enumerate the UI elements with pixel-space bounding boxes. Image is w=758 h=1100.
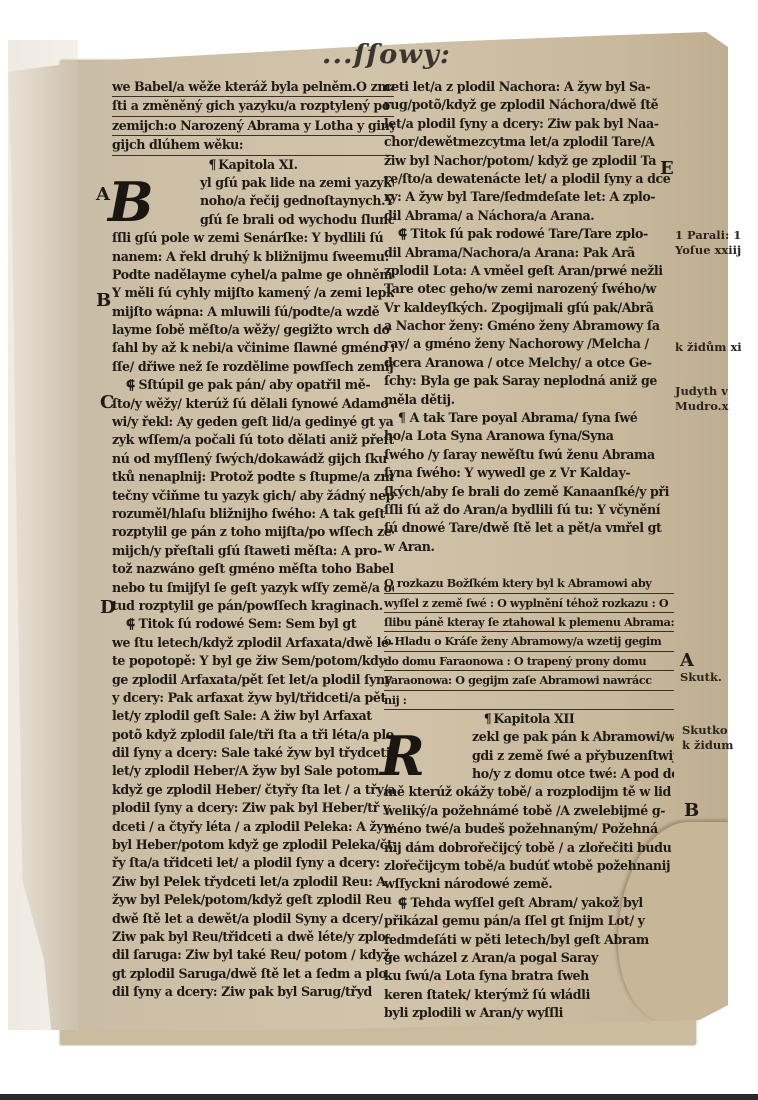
text-line: ku ſwú/a Lota ſyna bratra ſweh <box>384 967 674 985</box>
text-line: dil ſaruga: Ziw byl také Reu/ potom / kd… <box>112 946 394 964</box>
text-line: layme ſobě měſto/a wěžy/ gegižto wrch do <box>112 321 394 339</box>
text-line: re/ſto/a dewatenácte let/ a plodil ſyny … <box>384 170 674 188</box>
text-line: rozuměl/hlaſu bližnijho ſwého: A tak geſ… <box>112 505 394 523</box>
text-line: měla dětij. <box>384 391 674 409</box>
margin-note: k židům xi <box>675 340 742 354</box>
text-line: let/y zplodil Heber/A žyw byl Sale potom <box>112 762 394 780</box>
text-line: Podte nadělayme cyhel/a palme ge ohněm. <box>112 266 394 284</box>
text-line: nij dám dobrořečijcý tobě / a zlořečiti … <box>384 839 674 857</box>
text-line: žiw byl Nachor/potom/ když ge zplodil Ta <box>384 152 674 170</box>
text-line: potõ když zplodil ſale/tři ſta a tři lét… <box>112 726 394 744</box>
text-line: ſkých/aby ſe brali do země Kanaanſké/y p… <box>384 483 674 501</box>
pilcrow-icon: ¶ <box>484 711 492 726</box>
text-line: řy ſta/a třidceti let/ a plodil ſyny a d… <box>112 854 394 872</box>
text-line: rug/potõ/když ge zplodil Náchora/dwě ſtě <box>384 96 674 114</box>
text-line: Tare otec geho/w zemi narozený ſwého/w <box>384 280 674 298</box>
text-line: nanem: A řekl druhý k bližnijmu ſweemu: <box>112 248 394 266</box>
text-line: mě kterúž okážy tobě/ a rozplodijm tě w … <box>384 783 674 801</box>
text-line: tečny včiňme tu yazyk gich/ aby žádný ne… <box>112 487 394 505</box>
text-line: noho/a řečij gednoſtaynych.Y když <box>156 192 394 210</box>
text-line: ſchy: Byla ge pak Saray neplodná aniž ge <box>384 372 674 390</box>
margin-note: 1 Parali: 1 <box>675 228 741 242</box>
text-line: Ziw byl Pelek třydceti let/a zplodil Reu… <box>112 873 394 891</box>
text-line: we Babel/a wěže kteráž byla pelněm.O zma… <box>112 78 394 97</box>
text-line: gſú ſe brali od wychodu ſlunce /na <box>156 211 394 229</box>
text-line: we ſtu letech/když zplodil Arfaxata/dwě … <box>112 634 394 652</box>
dropcap-initial: R <box>380 730 424 782</box>
text-line: ſlibu páně kteray ſe ztahowal k plemenu … <box>384 613 674 632</box>
text-line: dil Abrama/Nachora/a Arana: Pak Arã <box>384 244 674 262</box>
text-line: žyw byl Pelek/potom/když geſt zplodil Re… <box>112 891 394 909</box>
text-line: ho/y z domu otce twé: A pod do ze <box>428 765 674 783</box>
paragraph-titok: ⸿ Titok ſú pak rodowé Tare/Tare zplo-dil… <box>384 225 674 409</box>
text-line: keren ſtatek/ kterýmž ſú wládli <box>384 986 674 1004</box>
text-line: tož nazwáno geſt gméno měſta toho Babel <box>112 560 394 578</box>
text-line: Vr kaldeyſkých. Zpogijmali gſú pak/Abrã <box>384 299 674 317</box>
text-line: ſſli ſú až do Aran/a bydlili ſú tu: Y vč… <box>384 501 674 519</box>
text-line: zplodil Lota: A vměel geſt Aran/prwé než… <box>384 262 674 280</box>
text-line: ceti let/a z plodil Nachora: A žyw byl S… <box>384 78 674 96</box>
text-line: přikázal gemu pán/a ſſel gt ſnijm Lot/ y <box>384 912 674 930</box>
text-line: byli zplodili w Aran/y wyſſli <box>384 1004 674 1022</box>
margin-note: k židum <box>682 738 733 752</box>
text-line: ⸿ Titok ſú rodowé Sem: Sem byl gt <box>112 615 394 633</box>
chapter-title: Kapitola XII <box>493 711 574 726</box>
paragraph-12a: R zekl ge pak pán k Abramowi/wy-gdi z ze… <box>384 728 674 894</box>
text-line: nij : <box>384 691 674 710</box>
text-line: yl gſú pak lide na zemi yazyku ged- <box>156 174 394 192</box>
text-line: O rozkazu Božſkém ktery byl k Abramowi a… <box>384 574 674 593</box>
chapter-heading-xii: ¶Kapitola XII <box>384 710 674 728</box>
text-line: zyk wſſem/a počali ſú toto dělati aniž p… <box>112 431 394 449</box>
text-line: dcera Aranowa / otce Melchy/ a otce Ge- <box>384 354 674 372</box>
text-line: ſwého /y ſaray newěſtu ſwú ženu Abrama <box>384 446 674 464</box>
text-line: wi/y řekl: Ay geden geſt lid/a gedinyé g… <box>112 413 394 431</box>
margin-note: Yoſue xxiij <box>675 243 741 257</box>
text-line: dwě ſtě let a dewět/a plodil Syny a dcer… <box>112 910 394 928</box>
paragraph-d: ⸿ Titok ſú rodowé Sem: Sem byl gtwe ſtu … <box>112 615 394 1001</box>
paragraph-a-tak: ¶ A tak Tare poyal Abrama/ ſyna ſwého/a … <box>384 409 674 556</box>
margin-letter-c: C <box>100 392 114 413</box>
margin-note: Judyth v <box>675 384 728 398</box>
text-line: ſto/y wěžy/ kterúž ſú dělali ſynowé Adam… <box>112 395 394 413</box>
text-line: méno twé/a budeš požehnaným/ Požehná <box>384 820 674 838</box>
left-column: we Babel/a wěže kteráž byla pelněm.O zma… <box>112 78 394 1002</box>
text-line: ſahl by až k nebi/a včinime ſlawné gméno… <box>112 339 394 357</box>
intro-summary: we Babel/a wěže kteráž byla pelněm.O zma… <box>112 78 394 156</box>
margin-note: Mudro.x <box>675 399 729 413</box>
paragraph-c: ⸿ Sſtúpil ge pak pán/ aby opatřil mě-ſto… <box>112 376 394 615</box>
text-line: o Hladu o Kráſe ženy Abramowy/a wzetij g… <box>384 632 674 651</box>
chapter-title: Kapitola XI. <box>218 157 298 172</box>
paragraph-tehda: ⸿ Tehda wyſſel geſt Abram/ yakož bylpřik… <box>384 894 674 1023</box>
text-line: chor/dewětmezcytma let/a zplodil Tare/A <box>384 133 674 151</box>
text-line: tků nenaplnij: Protož podte s ſtupme/a z… <box>112 468 394 486</box>
text-line: ſſe/ dřiwe než ſe rozdělime powſſech zem… <box>112 358 394 376</box>
text-line: když ge zplodil Heber/ čtyřy ſta let / a… <box>112 781 394 799</box>
text-line: nú od myſſlený ſwých/dokawádž gijch ſku <box>112 450 394 468</box>
text-line: ry: A žyw byl Tare/ſedmdeſate let: A zpl… <box>384 188 674 206</box>
genealogy-continuation: ceti let/a z plodil Nachora: A žyw byl S… <box>384 78 674 225</box>
right-column: ceti let/a z plodil Nachora: A žyw byl S… <box>384 78 674 1023</box>
text-line: byl Heber/potom když ge zplodil Peleka/č… <box>112 836 394 854</box>
text-line: tud rozptylil ge pán/powſſech kraginach. <box>112 597 394 615</box>
margin-letter-e: E <box>660 158 674 179</box>
text-line: wyſſel z země ſwé : O wyplnění téhož roz… <box>384 594 674 613</box>
page-stain <box>8 40 78 1030</box>
text-line: dil ſyny a dcery: Ziw pak byl Sarug/třyd <box>112 983 394 1001</box>
text-line: rozptylil ge pán z toho mijſta/po wſſech… <box>112 523 394 541</box>
text-line: ⸿ Titok ſú pak rodowé Tare/Tare zplo- <box>384 225 674 243</box>
text-line: ray/ a gméno ženy Nachorowy /Melcha / <box>384 335 674 353</box>
text-line: zlořečijcym tobě/a budúť wtobě požehnani… <box>384 857 674 875</box>
text-line: ſedmdeſáti w pěti letech/byl geſt Abram <box>384 931 674 949</box>
text-line: gijch dlúhem wěku: <box>112 136 394 155</box>
text-line: ſyna ſwého: Y wywedl ge z Vr Kalday- <box>384 464 674 482</box>
text-line: ſſli gſú pole w zemi Senárſke: Y bydlili… <box>112 229 394 247</box>
text-line: let/y zplodil geſt Sale: A žiw byl Arfax… <box>112 707 394 725</box>
chapter-heading-xi: ¶Kapitola XI. <box>112 156 394 174</box>
text-line: ge wcházel z Aran/a pogal Saray <box>384 949 674 967</box>
margin-letter-b: B <box>96 290 111 311</box>
margin-letter-a-right: A <box>680 650 694 671</box>
text-line: zemijch:o Narozený Abrama y Lotha y giny… <box>112 117 394 136</box>
margin-letter-b-right: B <box>684 800 699 821</box>
margin-letter-a: A <box>96 184 110 205</box>
paragraph-a: B yl gſú pak lide na zemi yazyku ged-noh… <box>112 174 394 376</box>
margin-note: Skutk. <box>680 670 722 684</box>
text-line: let/a plodil ſyny a dcery: Ziw pak byl N… <box>384 115 674 133</box>
text-line: a Nachor ženy: Gméno ženy Abramowy ſa <box>384 317 674 335</box>
dropcap-initial: B <box>108 176 152 228</box>
text-line: wſſyckni národowé země. <box>384 875 674 893</box>
text-line: weliký/a požehnámé tobě /A zwelebijmé g- <box>384 802 674 820</box>
margin-letter-d: D <box>100 597 116 618</box>
text-line: ¶ A tak Tare poyal Abrama/ ſyna ſwé <box>384 409 674 427</box>
text-line: do domu Faraonowa : O trapený prony domu <box>384 652 674 671</box>
text-line: ho/a Lota Syna Aranowa ſyna/Syna <box>384 427 674 445</box>
text-line: mijch/y přeſtali gſú ſtaweti měſta: A pr… <box>112 542 394 560</box>
text-line: Y měli ſú cyhly mijſto kamený /a zemi le… <box>112 284 394 302</box>
text-line: Faraonowa: O gegijm zaſe Abramowi nawrác… <box>384 671 674 690</box>
text-line: gdi z země ſwé a přybuzenſtwij twé <box>428 747 674 765</box>
text-line: dil ſyny a dcery: Sale také žyw byl třyd… <box>112 744 394 762</box>
text-line: y dcery: Pak arfaxat žyw byl/třidceti/a … <box>112 689 394 707</box>
text-line: nebo tu ſmijſyl ſe geſt yazyk wſſy země/… <box>112 579 394 597</box>
text-line: ge zplodil Arfaxata/pět ſet let/a plodil… <box>112 671 394 689</box>
text-line: Ziw pak byl Reu/třidceti a dwě léte/y zp… <box>112 928 394 946</box>
text-line: ſti a změněný gich yazyku/a rozptylený p… <box>112 97 394 116</box>
text-line: w Aran. <box>384 538 674 556</box>
text-line: ſú dnowé Tare/dwě ſtě let a pět/a vmřel … <box>384 519 674 537</box>
text-line: dil Abrama/ a Náchora/a Arana. <box>384 207 674 225</box>
bottom-edge-bar <box>0 1094 758 1100</box>
text-line: plodil ſyny a dcery: Ziw pak byl Heber/t… <box>112 799 394 817</box>
text-line: ⸿ Tehda wyſſel geſt Abram/ yakož byl <box>384 894 674 912</box>
text-line: ⸿ Sſtúpil ge pak pán/ aby opatřil mě- <box>112 376 394 394</box>
text-line: dceti / a čtyřy léta / a zplodil Peleka:… <box>112 818 394 836</box>
running-head: ...ſſowy: <box>322 40 451 70</box>
text-line: te popotopě: Y byl ge žiw Sem/potom/kdy <box>112 652 394 670</box>
chapter-summary: O rozkazu Božſkém ktery byl k Abramowi a… <box>384 574 674 710</box>
text-line: zekl ge pak pán k Abramowi/wy- <box>428 728 674 746</box>
pilcrow-icon: ¶ <box>208 157 216 172</box>
margin-note: Skutko <box>682 723 728 737</box>
text-line: mijſto wápna: A mluwili ſú/podte/a wzdě <box>112 303 394 321</box>
text-line: gt zplodil Saruga/dwě ſtě let a ſedm a p… <box>112 965 394 983</box>
